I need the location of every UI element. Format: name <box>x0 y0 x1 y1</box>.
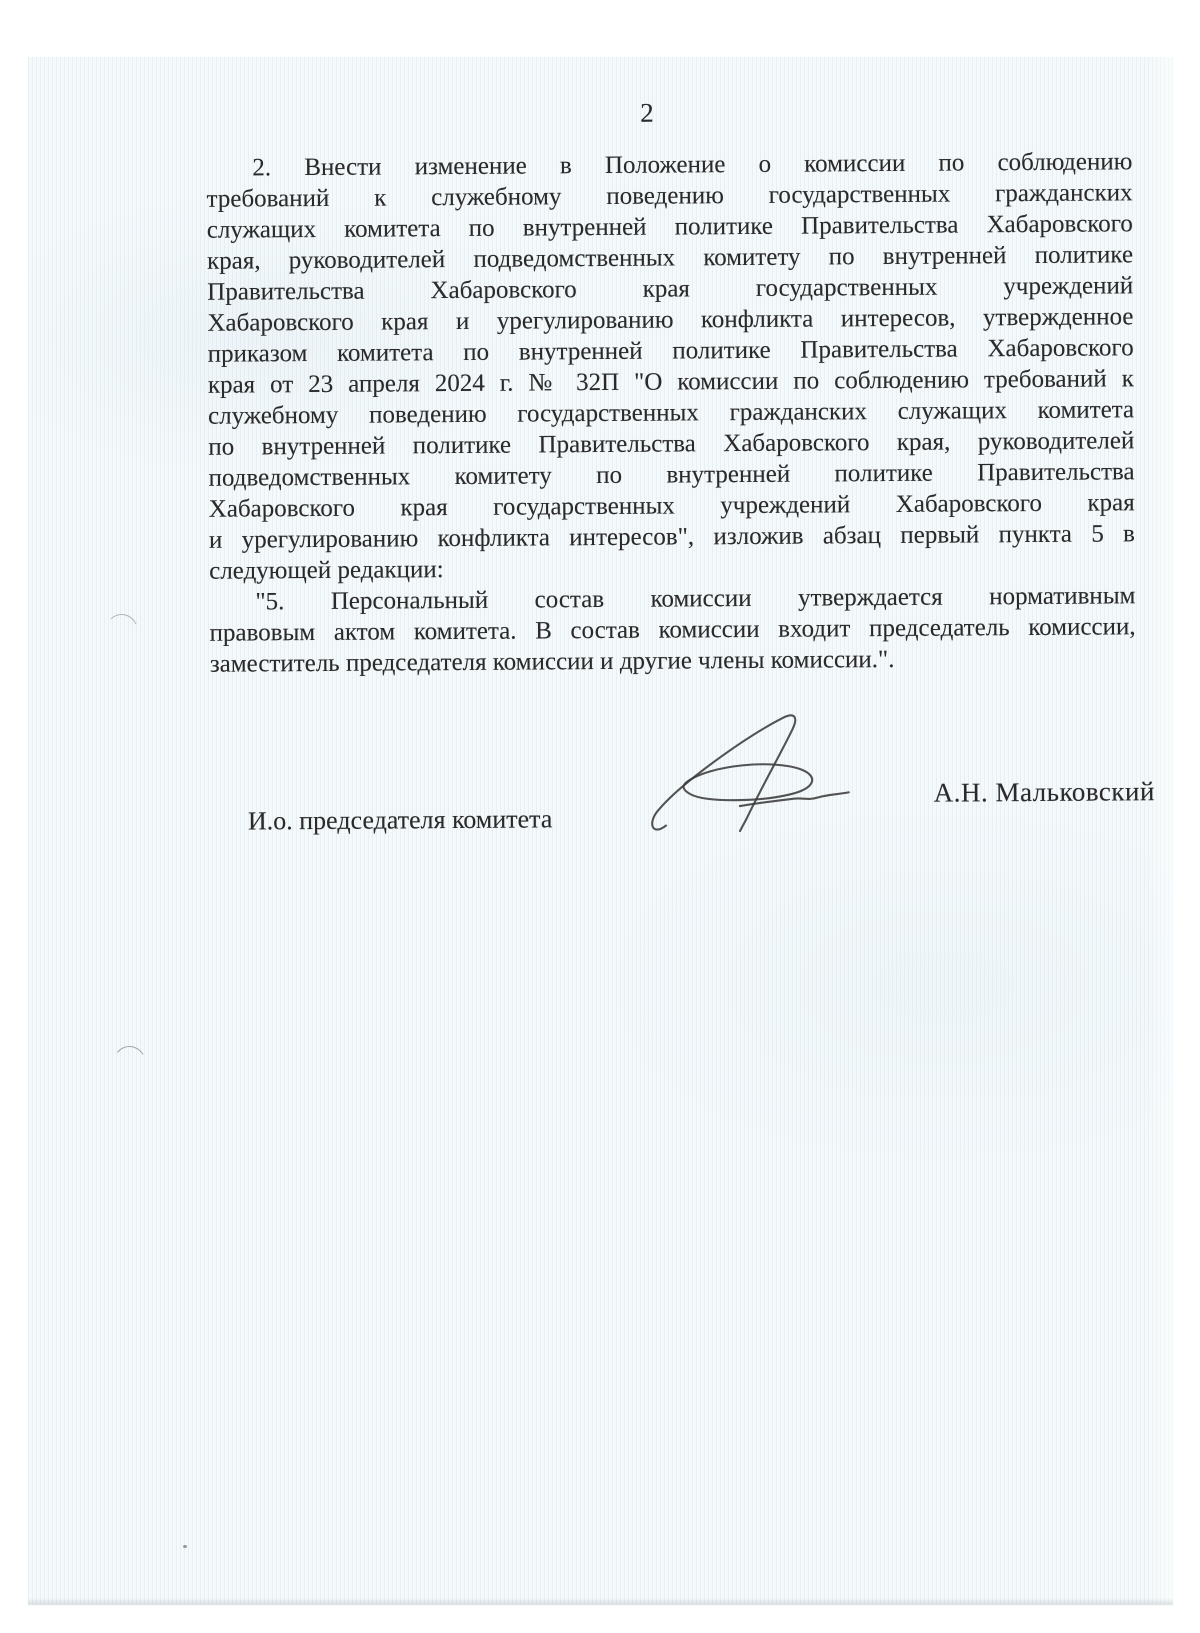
signatory-position-label: И.о. председателя комитета <box>248 804 553 836</box>
handwritten-signature-icon <box>647 708 858 844</box>
text-line: и урегулированию конфликта интересов", и… <box>209 518 1135 555</box>
signatory-name: А.Н. Мальковский <box>934 776 1155 809</box>
page-number: 2 <box>184 94 1110 130</box>
document-body: 2. Внести изменение в Положение о комисс… <box>206 146 1136 679</box>
text-line: заместитель председателя комиссии и друг… <box>210 642 1136 679</box>
document-text-layer: 2 2. Внести изменение в Положение о коми… <box>0 0 1200 1633</box>
text-line: правовым актом комитета. В состав комисс… <box>210 611 1136 648</box>
